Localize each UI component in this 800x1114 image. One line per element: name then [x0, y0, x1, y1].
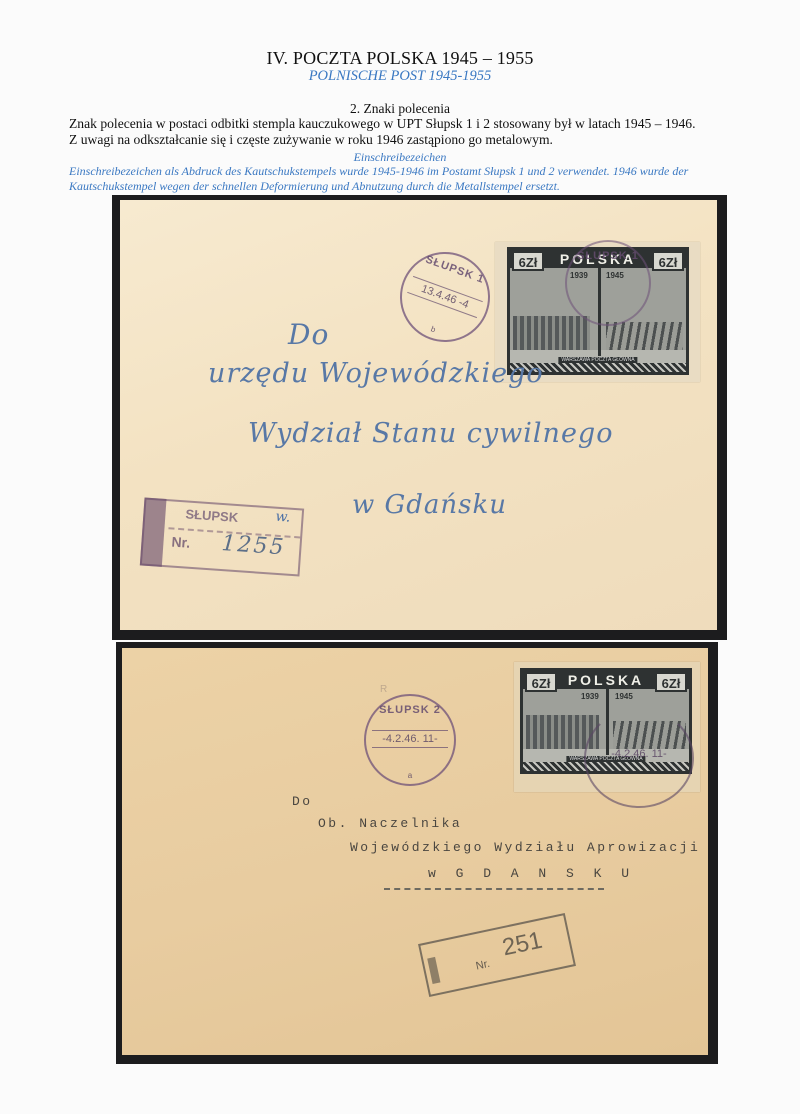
- stamp-value: 6Zł: [655, 672, 687, 692]
- stamp-year: 1939: [581, 692, 599, 701]
- address-line: w Gdańsku: [352, 490, 507, 520]
- description-german-line: Einschreibezeichen als Abdruck des Kauts…: [69, 164, 774, 179]
- stamp-cancel-postmark: SŁUPSK 1: [565, 240, 651, 326]
- registration-label: SŁUPSK w. Nr. 1255: [140, 498, 304, 577]
- stamp-value: 6Zł: [652, 251, 684, 271]
- stamp-cancel-postmark: -4.2.46. 11-: [584, 708, 694, 808]
- registration-label: Nr. 251: [418, 913, 576, 997]
- registration-number: 1255: [221, 531, 287, 560]
- stamp-value: 6Zł: [512, 251, 544, 271]
- faint-stamp-impression: R: [380, 684, 390, 695]
- description-polish: Znak polecenia w postaci odbitki stempla…: [69, 116, 769, 148]
- registration-number: 251: [500, 927, 545, 963]
- stamp-country: POLSKA: [559, 671, 653, 689]
- building-illustration: [513, 316, 590, 350]
- postmark-slupsk-1: SŁUPSK 1 13.4.46 -4 b: [387, 239, 502, 354]
- address-line: w G D A N S K U: [428, 866, 635, 881]
- description-polish-line: Z uwagi na odkształcanie się i częste zu…: [69, 132, 769, 148]
- address-line: Do: [288, 318, 329, 351]
- address-line: Wojewódzkiego Wydziału Aprowizacji: [350, 840, 700, 855]
- description-german: Einschreibezeichen als Abdruck des Kauts…: [69, 164, 774, 194]
- postmark-slupsk-2: SŁUPSK 2 -4.2.46. 11- a: [364, 694, 456, 786]
- stamp-value: 6Zł: [525, 672, 557, 692]
- stamp-year: 1945: [615, 692, 633, 701]
- address-line: urzędu Wojewódzkiego: [208, 358, 544, 389]
- description-german-heading: Einschreibezeichen: [0, 150, 800, 165]
- address-line: Ob. Naczelnika: [318, 816, 462, 831]
- envelope-2: 6Zł POLSKA 6Zł 1939 1945 WARSZAWA POCZTA…: [122, 648, 708, 1055]
- description-german-line: Kautschukstempel wegen der schnellen Def…: [69, 179, 774, 194]
- page-subtitle-german: POLNISCHE POST 1945-1955: [0, 68, 800, 85]
- ruins-illustration: [606, 322, 683, 350]
- registration-town: SŁUPSK: [185, 506, 239, 525]
- page-title: IV. POCZTA POLSKA 1945 – 1955: [0, 48, 800, 69]
- address-line: Do: [292, 794, 313, 809]
- envelope-1: 6Zł POLSKA 6Zł 1939 1945 WARSZAWA POCZTA…: [120, 200, 717, 630]
- section-heading: 2. Znaki polecenia: [0, 101, 800, 117]
- address-underline: [384, 888, 604, 890]
- address-line: Wydział Stanu cywilnego: [248, 418, 613, 449]
- description-polish-line: Znak polecenia w postaci odbitki stempla…: [69, 116, 769, 132]
